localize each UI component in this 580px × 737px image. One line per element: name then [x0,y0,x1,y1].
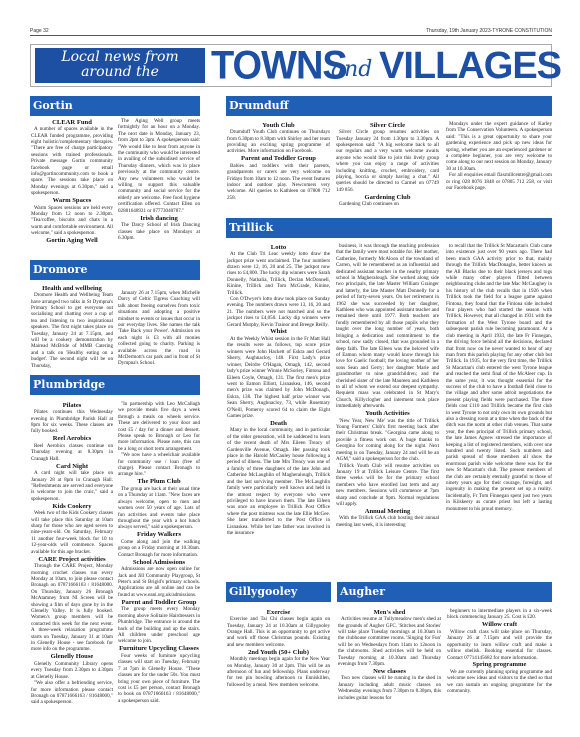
trillick-col-3: to recall that the Trillick St Macartan'… [446,243,552,512]
article-body: A card night will take place on January … [31,470,113,502]
section-banner-gillygooley: Gillygooley [226,582,331,602]
section-title-drumduff: Drumduff [229,99,289,112]
augher-col-2: beginners to intermediate players in a s… [447,608,552,695]
article-body: At the Club Tri Leac weekly lotto draw t… [227,251,330,296]
article-body: Glenelly Community Library opens every T… [31,661,113,680]
headline: Friday Walkers [118,531,200,539]
article-body: Four weeks of furniture upcycling classe… [118,653,200,704]
article-body: Exercise and Tai Chi classes begin again… [227,616,330,648]
headline: Furniture Upcycling Classes [118,645,200,653]
article-body: Through the CARE Project, Monday morning… [31,563,113,653]
headline: Warm Spaces [31,197,113,205]
headline: The Plum Club [118,478,200,486]
headline: Youth Activities [336,410,439,418]
article-body: "In partnership with Leo McCallagh we pr… [118,401,200,452]
trillick-col-2: business, it was through the teaching pr… [336,243,439,528]
article-body: Drumduff Youth Club continues on Thursda… [227,129,330,155]
header-rule [30,35,552,36]
gortin-col-2: The Aging Well group meets fortnightly f… [118,118,200,241]
section-title-dromore: Dromore [33,263,87,276]
article-body: Dromore Health and Wellbeing Team have a… [31,292,113,369]
headline: Glenelly House [31,653,113,661]
section-banner-drumduff: Drumduff [226,96,552,116]
article-body: A number of spaces available in the CLEA… [31,126,113,196]
headline: Gortin Aging Well [31,237,113,245]
headline: Willow craft [447,621,552,629]
article-body: beginners to intermediate players in a s… [447,608,552,621]
headline: Whist [227,328,330,336]
headline: Health and wellbeing [31,285,113,293]
masthead: Local news from around the TOWNS and VIL… [30,44,552,87]
article-body: At the Weekly Whist session in the Fr Ma… [227,336,330,419]
article-body: Babies and toddlers with their parents, … [227,163,330,201]
section-banner-trillick: Trillick [226,218,552,238]
section-banner-dromore: Dromore [30,260,200,280]
article-body: to recall that the Trillick St Macartan'… [446,243,552,512]
headline: Annual Meeting [336,508,439,516]
section-title-augher: Augher [340,585,385,598]
headline: New classes [338,668,441,676]
article-body: Warm Spaces sessions are held every Mond… [31,205,113,237]
dromore-col-2: January 26 at 7.15pm, when Michelle Darc… [118,290,200,367]
section-banner-gortin-bar: Gortin [30,96,200,116]
article-body: With the Trillick GAA club hosting their… [336,515,439,528]
article-body: The group meets every Monday morning abo… [118,606,200,644]
section-title-plumbridge: Plumbridge [33,378,105,391]
plumbridge-col-1: Pilates Pilates continues this Wednesday… [31,401,113,706]
headline: CLEAR Fund [31,119,113,127]
article-body: Many in the local community, and in part… [227,427,330,536]
gortin-col-1: CLEAR Fund A number of spaces available … [31,118,113,245]
article-body: 'New Year, New Me' was the title of Tril… [336,418,439,463]
article-body: Mondays under the expert guidance of Kar… [446,121,552,172]
dromore-col-1: Health and wellbeing Dromore Health and … [31,284,113,369]
headline: Spring programme [447,661,552,669]
masthead-towns: TOWNS [211,44,347,89]
article-body: Come along and join the walking group on… [118,539,200,558]
article-body: business, it was through the teaching pr… [336,243,439,410]
article-body: Two new classes will be running in the s… [338,675,441,701]
masthead-and: and [331,57,372,82]
article-body: The Darcy School of Irish Dancing classe… [118,222,200,241]
article-body: Reel Aerobics classes continue on Thursd… [31,443,113,462]
article-body: Trillick Youth Club will resume activiti… [336,463,439,508]
headline: Parent and Toddler Group [118,599,200,607]
page-header: Page 32 Thursday, 19th January 2023-TYRO… [30,26,552,36]
banner-fill [196,96,200,116]
headline: Parent and Toddler Group [227,155,330,163]
augher-col-1: Men's shed Activities resume at Tullymea… [338,608,441,701]
article-body: Gardening Club continues on [336,201,439,207]
headline: Gardening Club [336,194,439,202]
article-body: For all enquiries email flaxmillcentre@g… [446,172,552,191]
headline: Card Night [31,463,113,471]
page-number: Page 32 [30,28,49,34]
article-body: January 26 at 7.15pm, when Michelle Darc… [118,290,200,367]
drumduff-col-2: Silver Circle Silver Circle group resume… [336,121,439,208]
section-banner-augher: Augher [337,582,552,602]
headline: Death [227,420,330,428]
headline: Reel Aerobics [31,435,113,443]
article-body: Activities resume at Tullymeadow men's s… [338,616,441,667]
article-body: Silver Circle group resumes activities o… [336,129,439,193]
article-body: We are currently planning spring program… [447,669,552,695]
drumduff-col-3: Mondays under the expert guidance of Kar… [446,121,552,191]
section-title-gillygooley: Gillygooley [229,585,297,598]
headline: Pilates [31,402,113,410]
article-body: Admissions are now open online for Jack … [118,566,200,598]
masthead-script-line1: Local news from [35,50,205,65]
article-body: "We also offer a befriending service, fo… [31,680,113,706]
article-body: Monthly meetings begin again for the New… [227,656,330,688]
article-body: The Aging Well group meets fortnightly f… [118,118,200,214]
trillick-col-1: Lotto At the Club Tri Leac weekly lotto … [227,243,330,536]
headline: Exercise [227,609,330,617]
article-body: "We now have a wheelchair available for … [118,452,200,478]
article-body: Pilates continues this Wednesday evening… [31,409,113,435]
masthead-villages: VILLAGES [379,45,561,88]
headline: Men's shed [338,609,441,617]
masthead-script-box: Local news from around the [35,48,205,83]
section-banner-plumbridge: Plumbridge [30,375,200,395]
article-body: Con O'Dwyer's lotto draw took place on S… [227,296,330,328]
headline: Youth Club [227,122,330,130]
headline: Lotto [227,244,330,252]
drumduff-col-1: Youth Club Drumduff Youth Club continues… [227,121,330,201]
section-title-trillick: Trillick [229,221,273,234]
gillygooley-col-1: Exercise Exercise and Tai Chi classes be… [227,608,330,688]
dateline: Thursday, 19th January 2023-TYRONE CONST… [426,28,552,34]
plumbridge-col-2: "In partnership with Leo McCallagh we pr… [118,401,200,704]
masthead-script-line2: around the [35,65,205,80]
article-body: Willow craft class will take place on Th… [447,629,552,661]
article-body: Week two of the Kids Cookery classes wil… [31,510,113,555]
section-title-gortin: Gortin [33,99,73,112]
headline: CARE Project activities [31,556,113,564]
article-body: The group are back at their usual time o… [118,486,200,531]
headline: Silver Circle [336,122,439,130]
